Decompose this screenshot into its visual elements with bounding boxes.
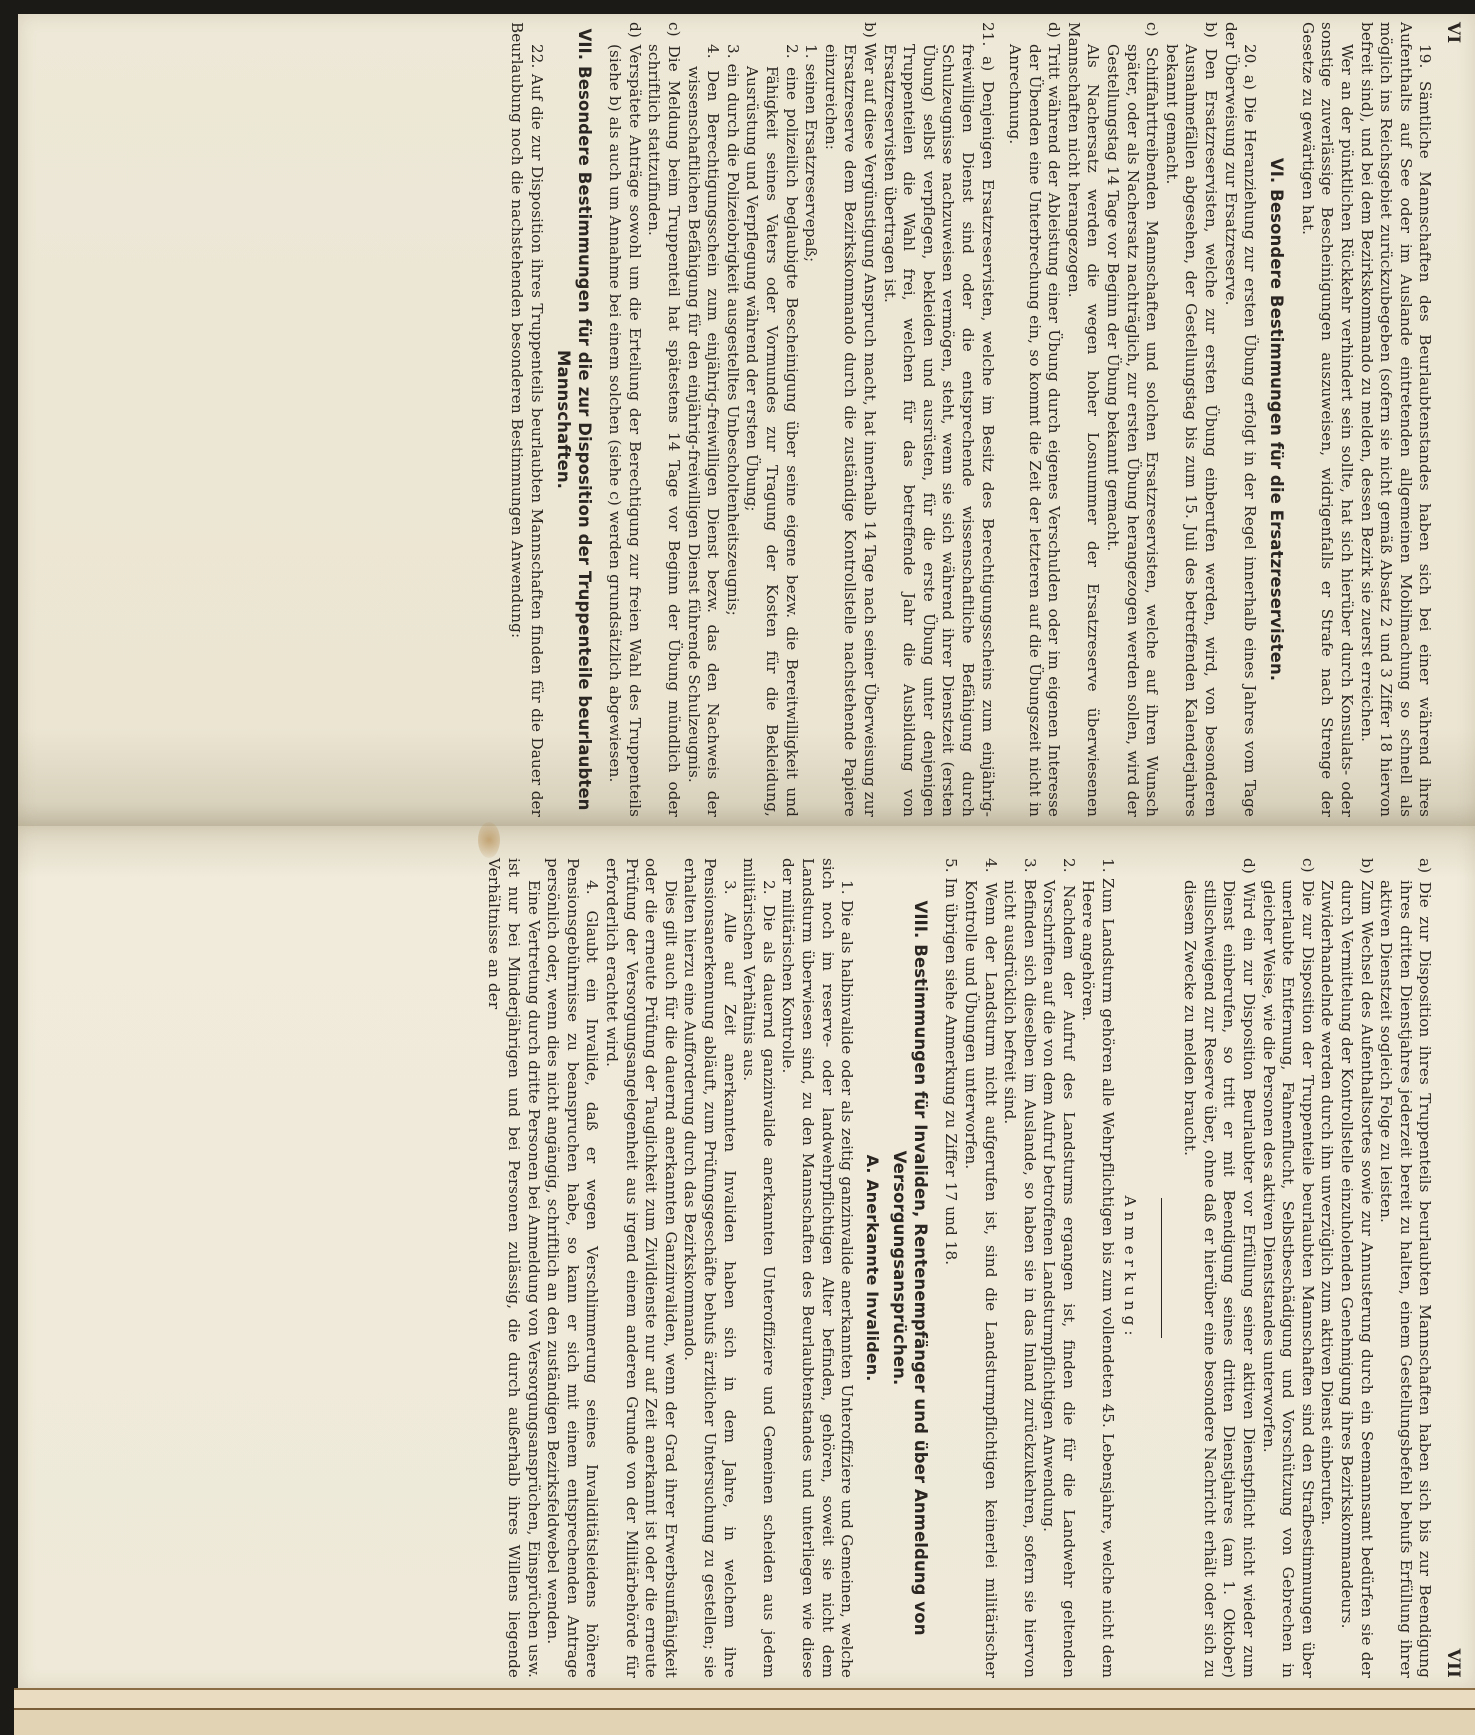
subsection-heading-a: A. Anerkannte Invaliden.	[862, 858, 882, 1678]
note-item: 5. Im übrigen siehe Anmerkung zu Ziffer …	[941, 858, 961, 1678]
clause-b: b) Zum Wechsel des Aufenthaltsortes sowi…	[1336, 858, 1375, 1678]
invalid-paragraph: 1. Die als halbinvalide oder als zeitig …	[778, 858, 856, 1678]
clause-b-note: Zuwiderhandelnde werden durch ihn unverz…	[1317, 858, 1337, 1678]
clause-21a: 21. a) Denjenigen Ersatzreservisten, wel…	[879, 22, 997, 817]
section-heading-vi: VI. Besondere Bestimmungen für die Ersat…	[1266, 22, 1287, 817]
note-item: 2. Nachdem der Aufruf des Landsturms erg…	[1039, 858, 1078, 1678]
list-item: 3. ein durch die Polizeiobrigkeit ausges…	[722, 22, 742, 817]
invalid-paragraph: 2. Die als dauernd ganzinvalide anerkann…	[739, 858, 778, 1678]
paragraph-19: 19. Sämtliche Mannschaften des Beurlaubt…	[1356, 22, 1434, 817]
note-item: 4. Wenn der Landsturm nicht aufgerufen i…	[960, 858, 999, 1678]
note-item: 1. Zum Landsturm gehören alle Wehrpflich…	[1078, 858, 1117, 1678]
clause-d: d) Wird ein zur Disposition Beurlaubter …	[1180, 858, 1258, 1678]
page-number: VII	[1442, 1649, 1462, 1678]
section-heading-viii: VIII. Bestimmungen für Invaliden, Renten…	[889, 858, 931, 1678]
note-item: 3. Befinden sich dieselben im Auslande, …	[1000, 858, 1039, 1678]
clause-a: a) Die zur Disposition ihres Truppenteil…	[1376, 858, 1435, 1678]
paragraph-22: 22. Auf die zur Disposition ihres Truppe…	[506, 22, 545, 817]
clause-21b: b) Wer auf diese Vergünstigung Anspruch …	[820, 22, 879, 817]
page-vi: VI 19. Sämtliche Mannschaften des Beurla…	[42, 22, 1462, 817]
page-vii: VII a) Die zur Disposition ihres Truppen…	[42, 858, 1462, 1678]
invalid-paragraph: 4. Glaubt ein Invalide, daß er wegen Ver…	[543, 858, 602, 1678]
clause-21d: d) Verspätete Anträge sowohl um die Erte…	[605, 22, 644, 817]
invalid-paragraph: Dies gilt auch für die dauernd anerkannt…	[601, 858, 679, 1678]
clause-20a: 20. a) Die Heranziehung zur ersten Übung…	[1220, 22, 1259, 817]
note-title: Anmerkung:	[1119, 858, 1139, 1678]
page-header: VI	[1442, 22, 1462, 817]
section-heading-vii: VII. Besondere Bestimmungen für die zur …	[553, 22, 595, 817]
spine-stain	[478, 822, 500, 858]
clause-20c: c) Schiffahrttreibenden Mannschaften und…	[1103, 22, 1162, 817]
invalid-paragraph: Eine Vertretung durch dritte Personen be…	[484, 858, 543, 1678]
page-header: VII	[1442, 858, 1462, 1678]
clause-20b: b) Den Ersatzreservisten, welche zur ers…	[1161, 22, 1220, 817]
paragraph-19b: Wer an der pünktlichen Rückkehr verhinde…	[1297, 22, 1356, 817]
clause-c: c) Die zur Disposition der Truppenteile …	[1258, 858, 1317, 1678]
invalid-paragraph: 3. Alle auf Zeit anerkannten Invaliden h…	[680, 858, 739, 1678]
page-number: VI	[1442, 22, 1462, 43]
list-item: 4. Den Berechtigungsschein zum einjährig…	[683, 22, 722, 817]
clause-20d: d) Tritt während der Ableistung einer Üb…	[1005, 22, 1064, 817]
page-edge-lower	[14, 1708, 1475, 1735]
clause-20c-note: Als Nachersatz werden die wegen hoher Lo…	[1063, 22, 1102, 817]
clause-21c: c) Die Meldung beim Truppenteil hat spät…	[644, 22, 683, 817]
list-item: 1. seinen Ersatzreservepaß;	[801, 22, 821, 817]
list-item: 2. eine polizeilich beglaubigte Beschein…	[742, 22, 801, 817]
divider	[1161, 1198, 1162, 1338]
